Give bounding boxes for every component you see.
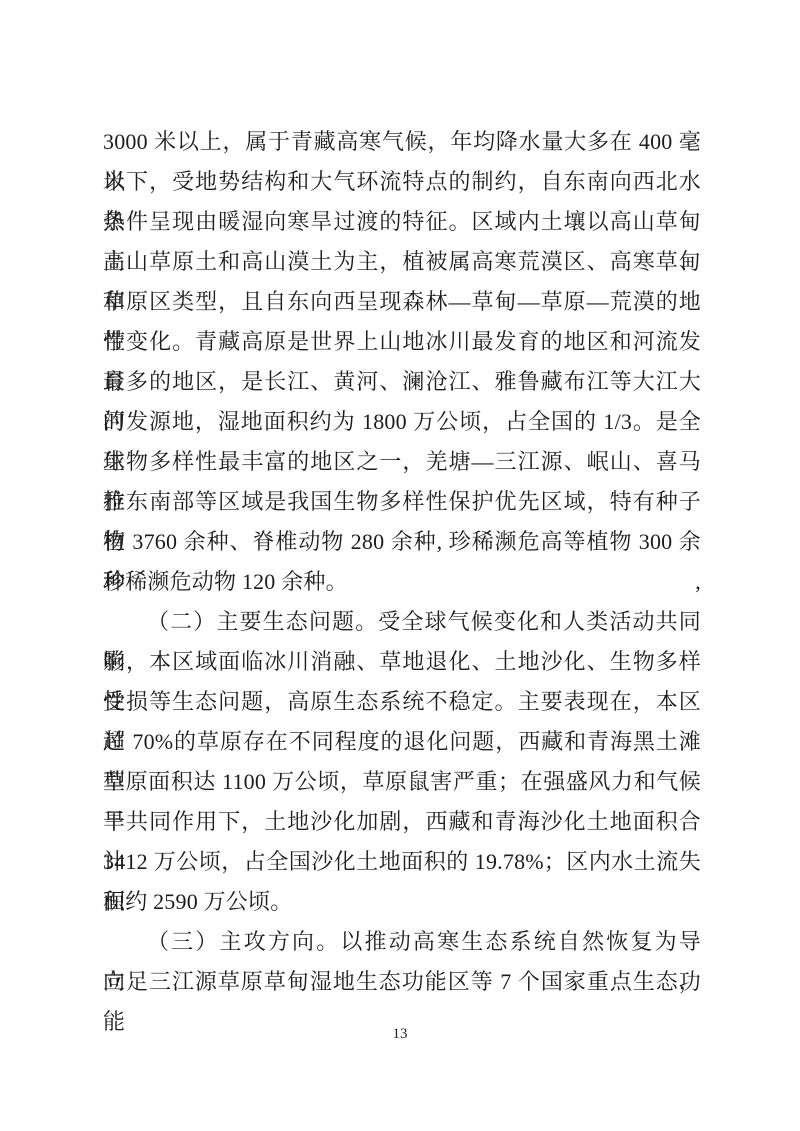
body-text: 3000 米以上，属于青藏高寒气候，年均降水量大多在 400 毫米以下，受地势结… (103, 122, 701, 1002)
text-line: 高山草原土和高山漠土为主，植被属高寒荒漠区、高寒草甸和 (103, 242, 701, 282)
text-line: 旱共同作用下，土地沙化加剧，西藏和青海沙化土地面积合计 (103, 802, 701, 842)
text-line: 物 3760 余种、脊椎动物 280 余种, 珍稀濒危高等植物 300 余种, (103, 522, 701, 562)
text-line: 立足三江源草原草甸湿地生态功能区等 7 个国家重点生态功能 (103, 962, 701, 1002)
text-line: 过 70%的草原存在不同程度的退化问题，西藏和青海黑土滩型 (103, 722, 701, 762)
text-line: 草原面积达 1100 万公顷，草原鼠害严重；在强盛风力和气候干 (103, 762, 701, 802)
text-line: 最多的地区，是长江、黄河、澜沧江、雅鲁藏布江等大江大河 (103, 362, 701, 402)
text-line: 3412 万公顷，占全国沙化土地面积的 19.78%；区内水土流失面 (103, 842, 701, 882)
text-line: 响，本区域面临冰川消融、草地退化、土地沙化、生物多样性 (103, 642, 701, 682)
text-line: 受损等生态问题，高原生态系统不稳定。主要表现在，本区超 (103, 682, 701, 722)
text-line: 以下，受地势结构和大气环流特点的制约，自东南向西北水热 (103, 162, 701, 202)
text-line: 积约 2590 万公顷。 (103, 882, 701, 922)
text-line: （三）主攻方向。以推动高寒生态系统自然恢复为导向， (103, 922, 701, 962)
text-line: 雅东南部等区域是我国生物多样性保护优先区域，特有种子植 (103, 482, 701, 522)
text-line: 条件呈现由暖湿向寒旱过渡的特征。区域内土壤以高山草甸土、 (103, 202, 701, 242)
page-number: 13 (0, 1026, 800, 1043)
text-line: 草原区类型，且自东向西呈现森林—草甸—草原—荒漠的地带 (103, 282, 701, 322)
text-line: 生物多样性最丰富的地区之一，羌塘—三江源、岷山、喜马拉 (103, 442, 701, 482)
text-line: 性变化。青藏高原是世界上山地冰川最发育的地区和河流发育 (103, 322, 701, 362)
text-line: 的发源地，湿地面积约为 1800 万公顷，占全国的 1/3。是全球 (103, 402, 701, 442)
text-line: （二）主要生态问题。受全球气候变化和人类活动共同影 (103, 602, 701, 642)
text-line: 3000 米以上，属于青藏高寒气候，年均降水量大多在 400 毫米 (103, 122, 701, 162)
document-page: 3000 米以上，属于青藏高寒气候，年均降水量大多在 400 毫米以下，受地势结… (0, 0, 800, 1131)
